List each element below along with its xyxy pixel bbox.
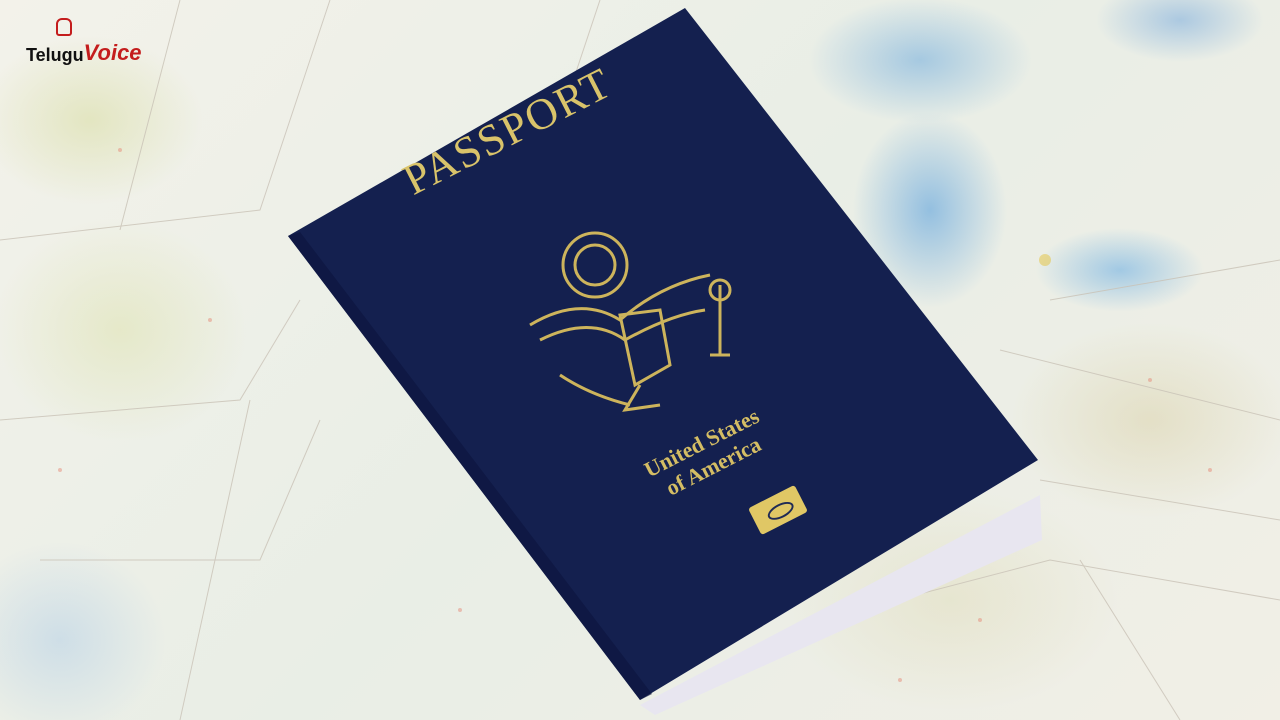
- eagle-seal-icon: [520, 225, 750, 425]
- passport: PASSPORT United States of America: [0, 0, 760, 720]
